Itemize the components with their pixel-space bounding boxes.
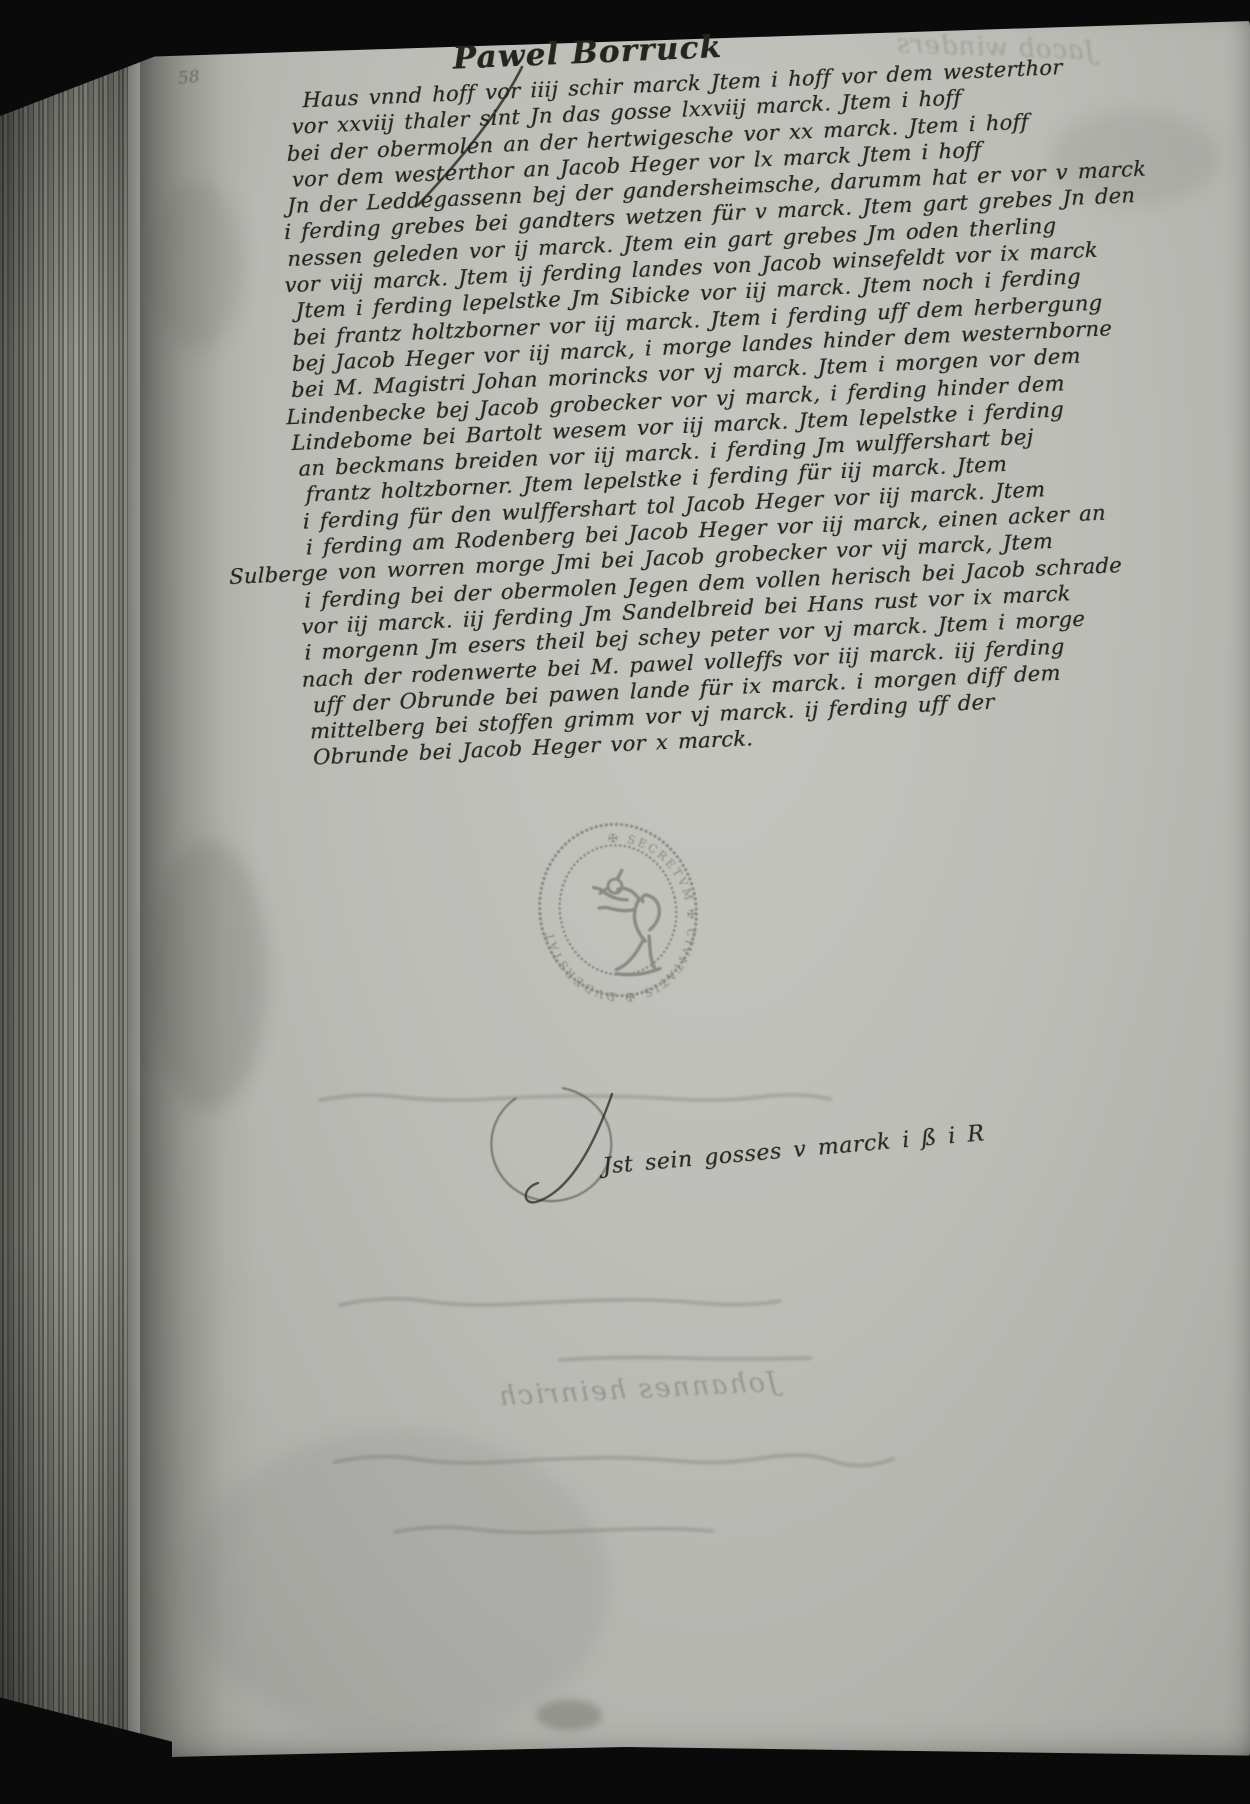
folio-number: 58 xyxy=(177,67,201,89)
ink-smudge xyxy=(536,1700,602,1730)
paper-discoloration xyxy=(190,1430,610,1740)
manuscript-text-block: Pawel Borruck Haus vnnd hoff vor iiij sc… xyxy=(240,8,1131,773)
water-stain xyxy=(150,180,242,350)
manuscript-photo: 58 Jacob winders Johannes heinrich Pawel… xyxy=(0,0,1250,1804)
backdrop-corner-bottom-left xyxy=(0,1640,172,1804)
entry-lines: Haus vnnd hoff vor iiij schir marck Jtem… xyxy=(242,52,1131,773)
backdrop-corner-top-left xyxy=(0,0,178,132)
seal-legend: ✠ SECRETVM ✠ CIVITATIS ✠ DVDERSTAT xyxy=(524,816,715,1017)
bleedthrough-reverse-heading: Johannes heinrich xyxy=(417,1367,778,1417)
book-page-edges xyxy=(0,42,152,1742)
city-seal-stamp: ✠ SECRETVM ✠ CIVITATIS ✠ DVDERSTAT xyxy=(516,802,721,1017)
backdrop-bottom-edge xyxy=(0,1742,1250,1804)
sum-annotation: Jst sein gosses v marck i ß i R xyxy=(602,1121,986,1179)
water-stain xyxy=(148,840,268,1110)
svg-text:✠ SECRETVM ✠ CIVITATIS ✠ DVDER: ✠ SECRETVM ✠ CIVITATIS ✠ DVDERSTAT xyxy=(524,816,715,1017)
lion-rampant-icon xyxy=(592,864,672,979)
gutter-shadow xyxy=(140,20,258,1756)
